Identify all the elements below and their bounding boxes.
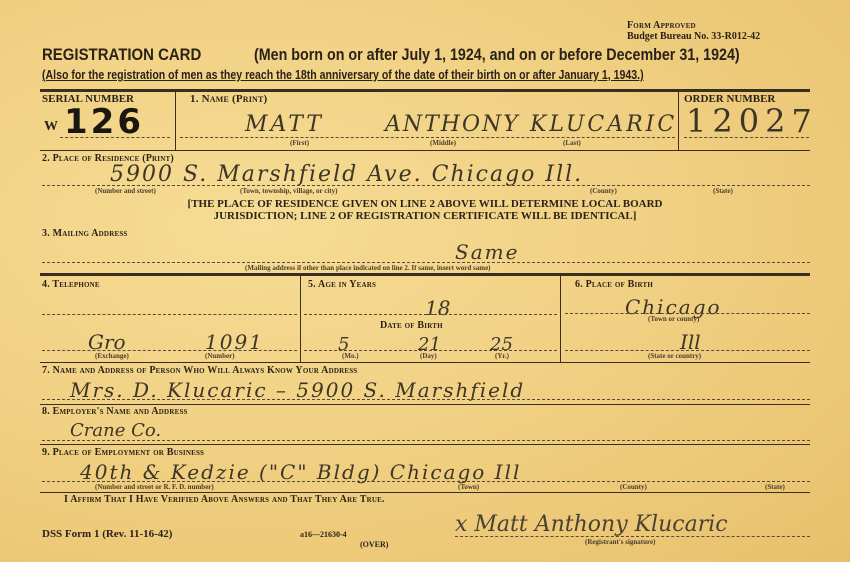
town-of-birth-caption: (Town or county) <box>648 315 699 323</box>
budget-bureau-number: Budget Bureau No. 33-R012-42 <box>627 31 760 42</box>
print-code: a16—21630-4 <box>300 530 347 539</box>
town-caption: (Town, township, village, or city) <box>240 187 337 195</box>
street-rfd-caption: (Number and street or R. F. D. number) <box>95 483 214 491</box>
divider <box>40 362 810 363</box>
divider <box>40 404 810 405</box>
number-caption: (Number) <box>205 352 235 360</box>
signature-caption: (Registrant's signature) <box>585 538 655 546</box>
first-name-value: Matt <box>245 112 324 137</box>
employer-value: Crane Co. <box>70 420 161 441</box>
divider <box>180 137 675 138</box>
employer-label: 8. Employer's Name and Address <box>42 406 188 417</box>
order-number-value: 12027 <box>686 102 818 140</box>
divider <box>42 262 810 263</box>
place-of-employment-label: 9. Place of Employment or Business <box>42 447 204 458</box>
street-caption: (Number and street) <box>95 187 156 195</box>
divider <box>60 137 170 138</box>
divider <box>565 350 810 351</box>
dss-form-id: DSS Form 1 (Rev. 11-16-42) <box>42 528 172 540</box>
age-value: 18 <box>425 296 450 320</box>
divider <box>40 273 810 276</box>
divider <box>42 440 810 441</box>
last-name-value: Klucaric <box>530 112 677 137</box>
day-caption: (Day) <box>420 352 437 360</box>
divider <box>455 536 810 537</box>
employment-town-caption: (Town) <box>458 483 479 491</box>
age-label: 5. Age in Years <box>308 279 376 290</box>
serial-number-value: 126 <box>64 102 144 142</box>
divider <box>304 350 557 351</box>
employment-state-caption: (State) <box>765 483 785 491</box>
serial-prefix: W <box>44 119 58 135</box>
date-of-birth-label: Date of Birth <box>380 320 443 331</box>
last-caption: (Last) <box>563 139 581 147</box>
mailing-address-label: 3. Mailing Address <box>42 228 128 239</box>
divider <box>684 137 809 138</box>
place-of-birth-label: 6. Place of Birth <box>575 279 653 290</box>
card-subtitle: (Men born on or after July 1, 1924, and … <box>254 45 740 65</box>
card-note: (Also for the registration of men as the… <box>42 68 644 82</box>
divider <box>300 275 301 362</box>
divider <box>560 275 561 362</box>
state-of-birth-caption: (State or country) <box>648 352 701 360</box>
registrant-signature: x Matt Anthony Klucaric <box>455 512 728 537</box>
residence-notice-line2: JURISDICTION; LINE 2 OF REGISTRATION CER… <box>100 210 750 222</box>
residence-value: 5900 S. Marshfield Ave. Chicago Ill. <box>110 162 583 187</box>
divider <box>565 313 810 314</box>
over-note: (OVER) <box>360 540 388 549</box>
middle-name-value: Anthony <box>385 112 520 137</box>
year-caption: (Yr.) <box>495 352 509 360</box>
divider <box>40 492 810 493</box>
card-title: REGISTRATION CARD <box>42 45 201 65</box>
first-caption: (First) <box>290 139 309 147</box>
mailing-caption: (Mailing address if other than place ind… <box>245 264 491 272</box>
divider <box>40 444 810 445</box>
divider <box>42 350 297 351</box>
employment-county-caption: (County) <box>620 483 647 491</box>
divider <box>42 314 297 315</box>
residence-notice-line1: [THE PLACE OF RESIDENCE GIVEN ON LINE 2 … <box>100 198 750 210</box>
divider <box>175 90 176 150</box>
exchange-caption: (Exchange) <box>95 352 129 360</box>
contact-person-label: 7. Name and Address of Person Who Will A… <box>42 365 357 376</box>
divider <box>304 314 557 315</box>
state-caption: (State) <box>713 187 733 195</box>
divider <box>40 89 810 92</box>
month-caption: (Mo.) <box>342 352 359 360</box>
divider <box>40 150 810 151</box>
divider <box>42 185 810 186</box>
middle-caption: (Middle) <box>430 139 456 147</box>
form-approved-label: Form Approved <box>627 20 696 31</box>
affirmation-text: I Affirm That I Have Verified Above Answ… <box>64 494 385 505</box>
name-label: 1. Name (Print) <box>190 93 267 105</box>
telephone-label: 4. Telephone <box>42 279 100 290</box>
divider <box>42 481 810 482</box>
county-caption: (County) <box>590 187 617 195</box>
divider <box>42 399 810 400</box>
mailing-address-value: Same <box>455 240 519 264</box>
divider <box>678 90 679 150</box>
